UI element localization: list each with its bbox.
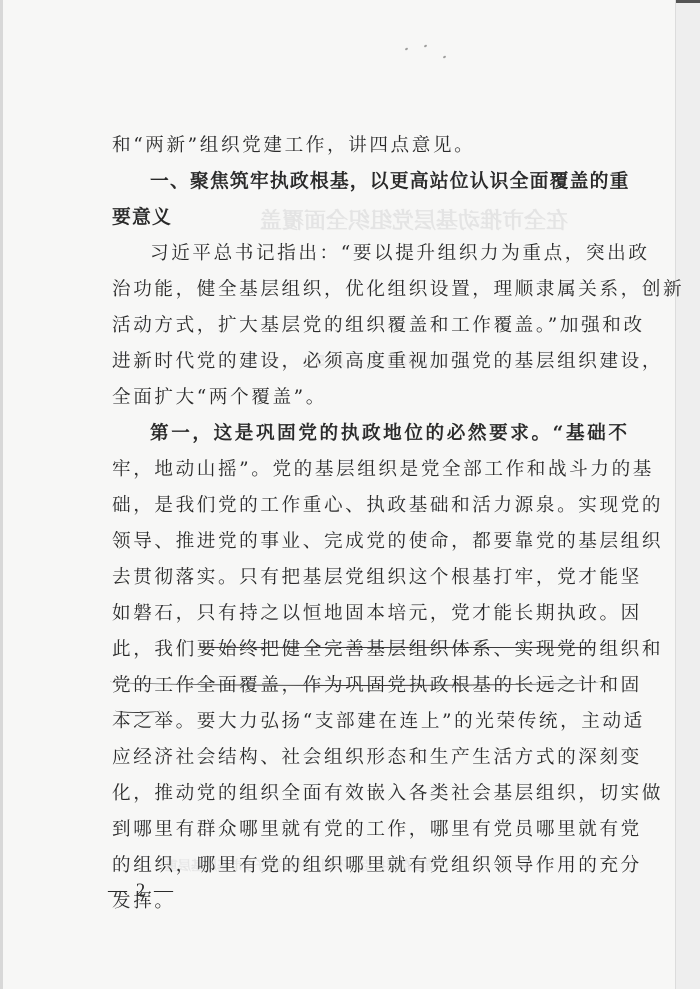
text-line: 和“两新”组织党建工作，讲四点意见。 [112,128,590,164]
text-line: 全面扩大“两个覆盖”。 [112,380,590,416]
text-line: 党的工作全面覆盖，作为巩固党执政根基的长远之计和固 [112,668,590,704]
text-line: 牢，地动山摇”。党的基层组织是党全部工作和战斗力的基 [112,452,590,488]
scan-speck [405,47,409,50]
document-body: 和“两新”组织党建工作，讲四点意见。 一、聚焦筑牢执政根基，以更高站位认识全面覆… [112,128,590,920]
section-heading: 一、聚焦筑牢执政根基，以更高站位认识全面覆盖的重 [112,164,590,200]
text-line: 的组织，哪里有党的组织哪里就有党组织领导作用的充分 [112,848,590,884]
handwritten-underline-3 [115,708,160,713]
scan-speck [424,44,428,47]
scan-right-margin [675,0,700,989]
text-line: 此，我们要始终把健全完善基层组织体系、实现党的组织和 [112,632,590,668]
scan-speck [443,55,447,58]
text-line: 到哪里有群众哪里就有党的工作，哪里有党员哪里就有党 [112,812,590,848]
section-heading-cont: 要意义 [112,200,590,236]
text-line: 础，是我们党的工作重心、执政基础和活力源泉。实现党的 [112,488,590,524]
text-line: 领导、推进党的事业、完成党的使命，都要靠党的基层组织 [112,524,590,560]
scan-corner-mark [676,0,700,3]
page-number: — 2 — [108,880,175,902]
text-line: 应经济社会结构、社会组织形态和生产生活方式的深刻变 [112,740,590,776]
text-line: 化，推动党的组织全面有效嵌入各类社会基层组织，切实做 [112,776,590,812]
scan-left-edge [0,0,3,989]
text-line: 进新时代党的建设，必须高度重视加强党的基层组织建设， [112,344,590,380]
text-line: 治功能，健全基层组织，优化组织设置，理顺隶属关系，创新 [112,272,590,308]
handwritten-underline-1 [200,641,595,648]
text-line: 习近平总书记指出：“要以提升组织力为重点，突出政 [112,236,590,272]
point-heading-line: 第一，这是巩固党的执政地位的必然要求。“基础不 [112,416,590,452]
text-line: 如磐石，只有持之以恒地固本培元，党才能长期执政。因 [112,596,590,632]
text-line: 本之举。要大力弘扬“支部建在连上”的光荣传统，主动适 [112,704,590,740]
text-line: 发挥。 [112,884,590,920]
handwritten-underline-2 [110,677,600,686]
text-line: 活动方式，扩大基层党的组织覆盖和工作覆盖。”加强和改 [112,308,590,344]
text-line: 去贯彻落实。只有把基层党组织这个根基打牢，党才能坚 [112,560,590,596]
